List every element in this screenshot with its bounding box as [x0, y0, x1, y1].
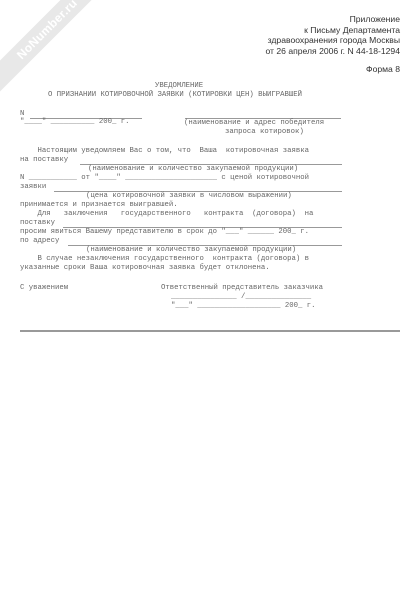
field-caption: (наименование и количество закупаемой пр…	[86, 246, 296, 255]
body-text: по адресу	[20, 237, 59, 246]
body-text: принимается и признается выигравшей.	[20, 201, 178, 210]
field-caption: (цена котировочной заявки в числовом выр…	[86, 192, 292, 201]
body-text: указанные сроки Ваша котировочная заявка…	[20, 264, 270, 273]
divider	[20, 330, 400, 332]
recipient-caption-2: запроса котировок)	[225, 128, 304, 137]
doc-subtitle: О ПРИЗНАНИИ КОТИРОВОЧНОЙ ЗАЯВКИ (КОТИРОВ…	[48, 91, 302, 100]
body-text: В случае незаключения государственного к…	[20, 255, 309, 264]
representative-label: Ответственный представитель заказчика	[161, 284, 323, 293]
signature-field[interactable]: _______________ /_______________	[171, 293, 311, 302]
form-number: Форма 8	[366, 64, 400, 74]
recipient-caption: (наименование и адрес победителя	[184, 119, 324, 128]
header-line: Приложение	[265, 14, 400, 25]
body-text: поставку	[20, 219, 55, 228]
header-line: от 26 апреля 2006 г. N 44-18-1294	[265, 46, 400, 57]
field-caption: (наименование и количество закупаемой пр…	[88, 165, 298, 174]
watermark: NoNumber.ru	[0, 0, 115, 97]
body-text: на поставку	[20, 156, 68, 165]
signature-date-field[interactable]: "___" ___________________ 200_ г.	[171, 302, 316, 311]
appendix-header: Приложение к Письму Департамента здравоо…	[265, 14, 400, 56]
regards-text: С уважением	[20, 284, 68, 293]
body-text: заявки	[20, 183, 46, 192]
body-text: Для заключения государственного контракт…	[20, 210, 313, 219]
body-text[interactable]: просим явиться Вашему представителю в ср…	[20, 228, 309, 237]
body-text: Настоящим уведомляем Вас о том, что Ваша…	[20, 147, 309, 156]
header-line: здравоохранения города Москвы	[265, 35, 400, 46]
date-field[interactable]: "____" __________ 200_ г.	[20, 118, 129, 127]
header-line: к Письму Департамента	[265, 25, 400, 36]
body-text[interactable]: N ___________ от "____" ________________…	[20, 174, 309, 183]
doc-title: УВЕДОМЛЕНИЕ	[155, 82, 203, 91]
